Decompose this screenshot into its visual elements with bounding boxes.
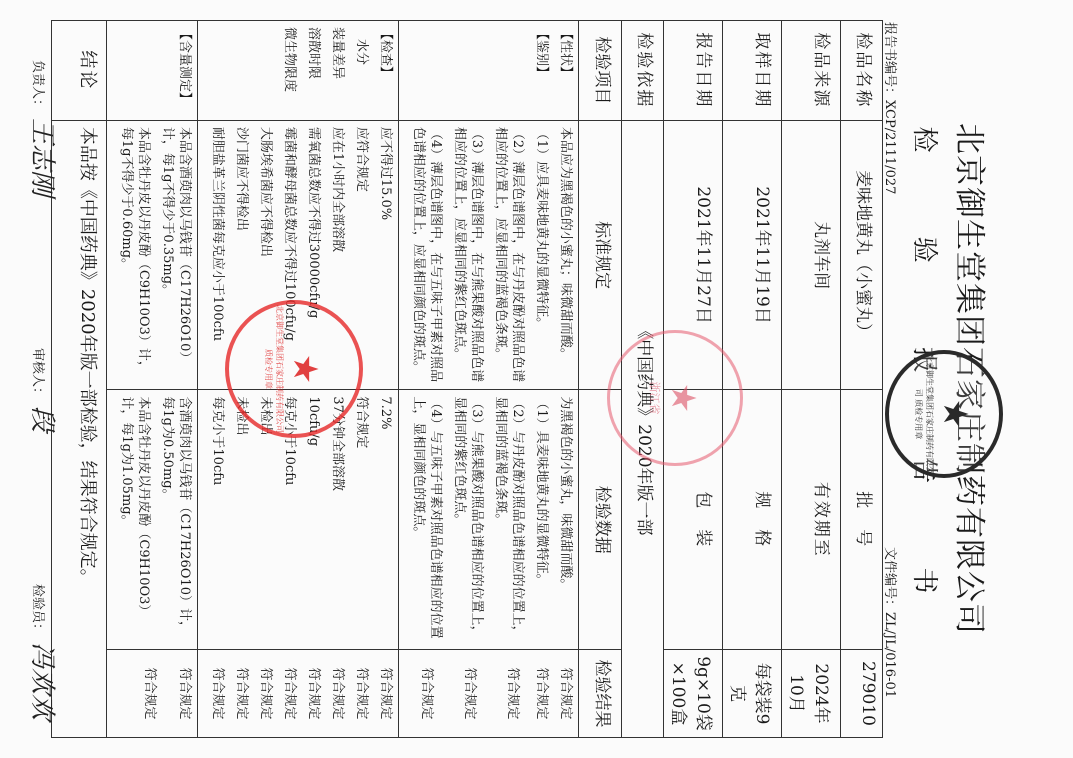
check-standard: 霉菌和酵母菌总数应不得过100cfu/g	[281, 127, 298, 384]
check-standard: 耐胆盐革兰阴性菌每克应小于100cfu	[209, 127, 226, 384]
row-checks: 【检查】 水分 装量差异 溶散时限 微生物限度 应不得过15.0% 应符合规定 …	[198, 21, 399, 738]
assay-result-loganin: 符合规定	[176, 656, 193, 731]
check-name-disintegration: 溶散时限	[305, 27, 322, 114]
report-number: 报告书编号：XCP/2111/027	[882, 22, 901, 194]
check-data: 37分钟全部溶散	[329, 396, 346, 643]
check-items-cell: 【检查】 水分 装量差异 溶散时限 微生物限度	[198, 21, 399, 121]
row-product-name: 检品名称 麦味地黄丸（小蜜丸） 批 号 279010	[841, 21, 883, 738]
check-result: 符合规定	[377, 656, 394, 731]
batch-number: 279010	[841, 650, 883, 738]
check-result: 符合规定	[257, 656, 274, 731]
row-assay: 【含量测定】 本品含酒萸肉以马钱苷（C17H26O10）计，每1g不得少于0.3…	[107, 21, 198, 738]
inspector-label: 检验员：	[30, 584, 45, 636]
check-standard: 大肠埃希菌应不得检出	[257, 127, 274, 384]
check-standard: 应不得过15.0%	[377, 127, 394, 384]
standard-id-4: （4）薄层色谱图中，在与五味子甲素对照品色谱相应的位置上，应显相同颜色的斑点。	[410, 127, 444, 384]
inspection-report-page: 北京御生堂集团石家庄制药有限公司 检 验 报 告 书 报告书编号：XCP/211…	[0, 0, 1073, 758]
check-standard: 应符合规定	[353, 127, 370, 384]
report-date: 2021年11月27日	[664, 120, 723, 390]
check-result: 符合规定	[353, 656, 370, 731]
header-data: 检验数据	[579, 390, 622, 650]
data-cell: 为黑褐色的小蜜丸，味微甜而酸。 （1）具麦味地黄丸的显微特征。 （2）与丹皮酚对…	[399, 390, 579, 650]
label-sampling-date: 取样日期	[723, 21, 782, 121]
standard-id-3: （3）薄层色谱图中，在与熊果酸对照品色谱相应的位置上，应显相同的紫红色斑点。	[451, 127, 485, 384]
row-sampling-date: 取样日期 2021年11月19日 规 格 每袋装9克	[723, 21, 782, 738]
items-cell: 【性状】 【鉴别】	[399, 21, 579, 121]
reviewer-handwriting: 段	[27, 406, 57, 432]
check-standards-cell: 应不得过15.0% 应符合规定 应在1小时内全部溶散 需氧菌总数应不得过3000…	[198, 120, 399, 390]
check-result: 符合规定	[329, 656, 346, 731]
check-data: 未检出	[257, 396, 274, 643]
check-data: 未检出	[233, 396, 250, 643]
assay-result-paeonol: 符合规定	[141, 656, 158, 731]
check-data: 每克小于10cfu	[281, 396, 298, 643]
result-id-1: 符合规定	[533, 656, 550, 731]
check-standard: 需氧菌总数应不得过30000cfu/g	[305, 127, 322, 384]
check-result: 符合规定	[305, 656, 322, 731]
expiry-date: 2024年10月	[782, 650, 841, 738]
assay-data-paeonol: 本品含牡丹皮以丹皮酚（C9H10O3）计，每1g为1.05mg。	[118, 396, 152, 643]
check-result: 符合规定	[209, 656, 226, 731]
header-item: 检验项目	[579, 21, 622, 121]
assay-standard-loganin: 本品含酒萸肉以马钱苷（C17H26O10）计，每1g不得少于0.35mg。	[159, 127, 193, 384]
row-source: 检品来源 丸剂车间 有效期至 2024年10月	[782, 21, 841, 738]
label-expiry: 有效期至	[782, 390, 841, 650]
check-name-moisture: 水分	[353, 27, 370, 114]
row-appearance-identification: 【性状】 【鉴别】 本品应为黑褐色的小蜜丸；味微甜而酸。 （1）应具麦味地黄丸的…	[399, 21, 579, 738]
result-id-4: 符合规定	[418, 656, 435, 731]
check-name-microbial: 微生物限度	[281, 27, 298, 114]
check-standard: 应在1小时内全部溶散	[329, 127, 346, 384]
signature-block: 负责人：王志刚 审核人：段 检验员：冯欢欢	[26, 60, 63, 720]
product-name: 麦味地黄丸（小蜜丸）	[841, 120, 883, 390]
header-result: 检验结果	[579, 650, 622, 738]
company-name: 北京御生堂集团石家庄制药有限公司	[950, 0, 995, 758]
label-package: 包 装	[664, 390, 723, 650]
results-cell: 符合规定 符合规定 符合规定 符合规定 符合规定	[399, 650, 579, 738]
assay-data-cell: 含酒萸肉以马钱苷（C17H26O10）计，每1g为0.50mg。 本品含牡丹皮以…	[107, 390, 198, 650]
label-identification: 【鉴别】	[533, 27, 550, 114]
label-assay: 【含量测定】	[176, 27, 193, 114]
product-source: 丸剂车间	[782, 120, 841, 390]
assay-results-cell: 符合规定 符合规定	[107, 650, 198, 738]
check-standard: 沙门菌应不得检出	[233, 127, 250, 384]
result-id-2: 符合规定	[504, 656, 521, 731]
check-name-weight-variation: 装量差异	[329, 27, 346, 114]
sampling-date: 2021年11月19日	[723, 120, 782, 390]
package: 9g×10袋×100盒	[664, 650, 723, 738]
label-source: 检品来源	[782, 21, 841, 121]
assay-label-cell: 【含量测定】	[107, 21, 198, 121]
standards-cell: 本品应为黑褐色的小蜜丸；味微甜而酸。 （1）应具麦味地黄丸的显微特征。 （2）薄…	[399, 120, 579, 390]
responsible-signature: 负责人：王志刚	[26, 60, 63, 196]
specification: 每袋装9克	[723, 650, 782, 738]
label-batch: 批 号	[841, 390, 883, 650]
document-title: 检 验 报 告 书	[908, 0, 945, 758]
result-id-3: 符合规定	[461, 656, 478, 731]
label-basis: 检验依据	[622, 21, 664, 121]
check-data: 每克小于10cfu	[209, 396, 226, 643]
standard-appearance: 本品应为黑褐色的小蜜丸；味微甜而酸。	[557, 127, 574, 384]
label-checks: 【检查】	[377, 27, 394, 114]
inspector-handwriting: 冯欢欢	[27, 642, 57, 720]
inspection-basis: 《中国药典》2020年版一部	[622, 120, 664, 737]
row-basis: 检验依据 《中国药典》2020年版一部	[622, 21, 664, 738]
check-results-cell: 符合规定 符合规定 符合规定 符合规定 符合规定 符合规定 符合规定 符合规定	[198, 650, 399, 738]
inspection-table: 检品名称 麦味地黄丸（小蜜丸） 批 号 279010 检品来源 丸剂车间 有效期…	[51, 20, 883, 738]
data-id-3: （3）与熊果酸对照品色谱相应的位置上，显相同的紫红色斑点。	[451, 396, 485, 643]
label-product-name: 检品名称	[841, 21, 883, 121]
data-appearance: 为黑褐色的小蜜丸，味微甜而酸。	[557, 396, 574, 643]
assay-standards-cell: 本品含酒萸肉以马钱苷（C17H26O10）计，每1g不得少于0.35mg。 本品…	[107, 120, 198, 390]
data-id-2: （2）与丹皮酚对照品色谱相应的位置上，显相同的蓝褐色条斑。	[492, 396, 526, 643]
check-data: 10cfu/g	[305, 396, 322, 643]
header-standard: 标准规定	[579, 120, 622, 390]
check-result: 符合规定	[233, 656, 250, 731]
inspector-signature: 检验员：冯欢欢	[26, 584, 63, 720]
standard-id-2: （2）薄层色谱图中，在与丹皮酚对照品色谱相应的位置上，应显相同的蓝褐色条斑。	[492, 127, 526, 384]
check-data: 7.2%	[377, 396, 394, 643]
row-report-date: 报告日期 2021年11月27日 包 装 9g×10袋×100盒	[664, 21, 723, 738]
check-data: 符合规定	[353, 396, 370, 643]
data-id-4: （4）与五味子甲素对照品色谱相应的位置上，显相同颜色的斑点。	[410, 396, 444, 643]
standard-id-1: （1）应具麦味地黄丸的显微特征。	[533, 127, 550, 384]
reviewer-signature: 审核人：段	[26, 348, 63, 432]
result-appearance: 符合规定	[557, 656, 574, 731]
data-id-1: （1）具麦味地黄丸的显微特征。	[533, 396, 550, 643]
assay-data-loganin: 含酒萸肉以马钱苷（C17H26O10）计，每1g为0.50mg。	[159, 396, 193, 643]
label-appearance: 【性状】	[557, 27, 574, 114]
assay-standard-paeonol: 本品含牡丹皮以丹皮酚（C9H10O3）计，每1g不得少于0.60mg。	[118, 127, 152, 384]
check-data-cell: 7.2% 符合规定 37分钟全部溶散 10cfu/g 每克小于10cfu 未检出…	[198, 390, 399, 650]
check-result: 符合规定	[281, 656, 298, 731]
file-number: 文件编号：ZL/JL/016-01	[882, 547, 901, 698]
reviewer-label: 审核人：	[30, 348, 45, 400]
column-headers: 检验项目 标准规定 检验数据 检验结果	[579, 21, 622, 738]
label-spec: 规 格	[723, 390, 782, 650]
responsible-handwriting: 王志刚	[27, 118, 57, 196]
label-report-date: 报告日期	[664, 21, 723, 121]
responsible-label: 负责人：	[30, 60, 45, 112]
